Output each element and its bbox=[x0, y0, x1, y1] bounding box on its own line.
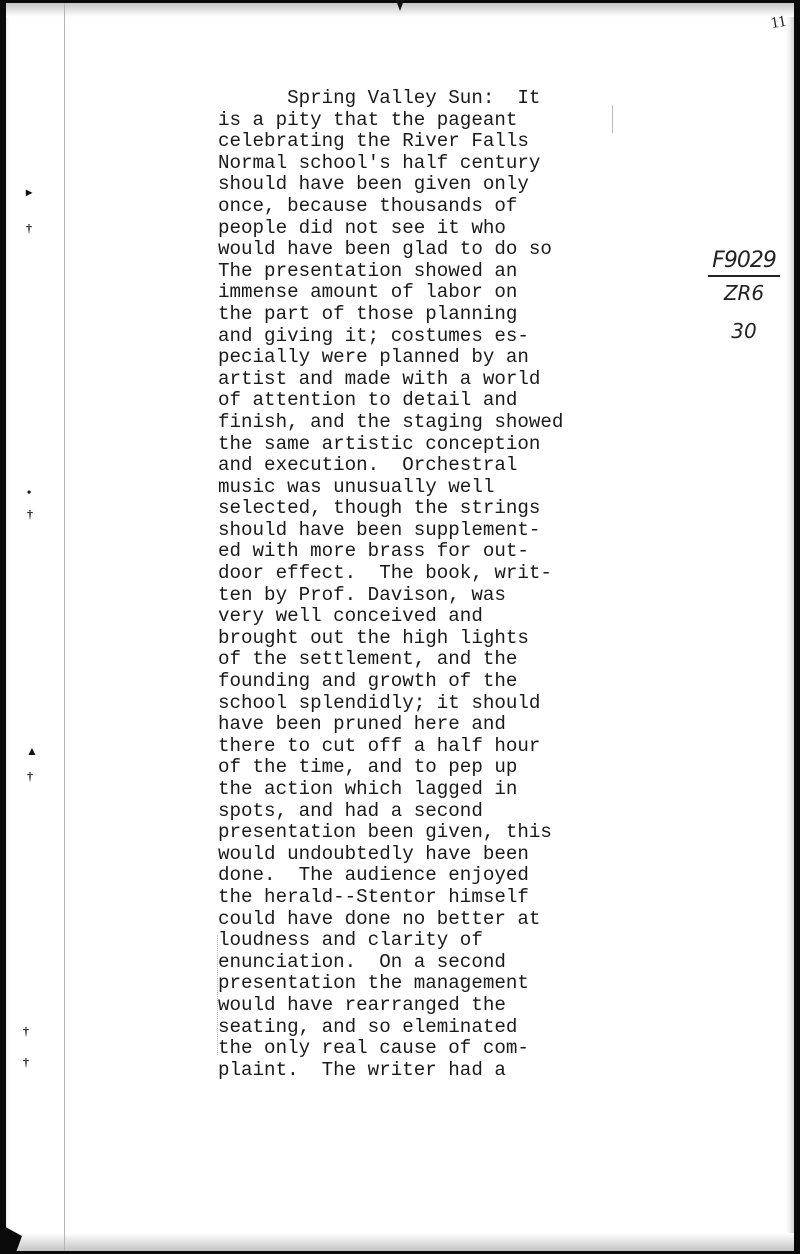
handwritten-annotation: F9029 ZR6 30 bbox=[704, 248, 784, 343]
text-line: enunciation. On a second bbox=[218, 952, 638, 974]
typewritten-body: Spring Valley Sun: Itis a pity that the … bbox=[218, 88, 638, 1081]
text-line: selected, though the strings bbox=[218, 498, 638, 520]
text-line: loudness and clarity of bbox=[218, 930, 638, 952]
text-line: should have been given only bbox=[218, 174, 638, 196]
text-line: would have been glad to do so bbox=[218, 239, 638, 261]
text-line: should have been supplement- bbox=[218, 520, 638, 542]
text-line: ed with more brass for out- bbox=[218, 541, 638, 563]
text-line: very well conceived and bbox=[218, 606, 638, 628]
text-line: the part of those planning bbox=[218, 304, 638, 326]
text-line: seating, and so eleminated bbox=[218, 1017, 638, 1039]
text-line: school splendidly; it should bbox=[218, 693, 638, 715]
text-line: spots, and had a second bbox=[218, 801, 638, 823]
text-line: Normal school's half century bbox=[218, 153, 638, 175]
page-fold-line bbox=[64, 3, 65, 1251]
annotation-underline bbox=[708, 275, 780, 277]
text-line: and giving it; costumes es- bbox=[218, 326, 638, 348]
catalog-number: F9029 bbox=[704, 248, 784, 273]
text-line: artist and made with a world bbox=[218, 369, 638, 391]
margin-mark: † bbox=[23, 1025, 29, 1037]
page-number: 30 bbox=[704, 319, 784, 343]
text-line: would have rearranged the bbox=[218, 995, 638, 1017]
text-line: and execution. Orchestral bbox=[218, 455, 638, 477]
margin-mark: † bbox=[23, 1056, 29, 1068]
text-line: The presentation showed an bbox=[218, 261, 638, 283]
text-line: of the time, and to pep up bbox=[218, 757, 638, 779]
text-line: would undoubtedly have been bbox=[218, 844, 638, 866]
text-line: done. The audience enjoyed bbox=[218, 865, 638, 887]
text-line: presentation the management bbox=[218, 973, 638, 995]
text-line: pecially were planned by an bbox=[218, 347, 638, 369]
corner-pencil-mark: 11 bbox=[769, 13, 787, 33]
text-line: music was unusually well bbox=[218, 477, 638, 499]
margin-mark: † bbox=[27, 770, 33, 782]
text-line: ten by Prof. Davison, was bbox=[218, 585, 638, 607]
text-line: could have done no better at bbox=[218, 909, 638, 931]
text-line: Spring Valley Sun: It bbox=[218, 88, 638, 110]
text-line: of attention to detail and bbox=[218, 390, 638, 412]
text-line: have been pruned here and bbox=[218, 714, 638, 736]
text-line: celebrating the River Falls bbox=[218, 131, 638, 153]
top-notch-mark bbox=[396, 0, 404, 11]
text-line: the herald--Stentor himself bbox=[218, 887, 638, 909]
text-line: of the settlement, and the bbox=[218, 649, 638, 671]
page-bottom-shadow bbox=[6, 1233, 794, 1251]
text-line: the action which lagged in bbox=[218, 779, 638, 801]
text-line: once, because thousands of bbox=[218, 196, 638, 218]
margin-mark: • bbox=[27, 486, 31, 498]
margin-mark: ▲ bbox=[26, 745, 38, 757]
margin-mark: ▸ bbox=[26, 186, 32, 198]
text-line: finish, and the staging showed bbox=[218, 412, 638, 434]
text-line: plaint. The writer had a bbox=[218, 1060, 638, 1082]
text-line: there to cut off a half hour bbox=[218, 736, 638, 758]
text-line: presentation been given, this bbox=[218, 822, 638, 844]
text-line: people did not see it who bbox=[218, 218, 638, 240]
margin-mark: † bbox=[26, 222, 32, 234]
margin-mark: † bbox=[27, 508, 33, 520]
text-line: the same artistic conception bbox=[218, 434, 638, 456]
text-line: brought out the high lights bbox=[218, 628, 638, 650]
text-line: door effect. The book, writ- bbox=[218, 563, 638, 585]
catalog-code: ZR6 bbox=[704, 281, 784, 305]
text-line: immense amount of labor on bbox=[218, 282, 638, 304]
text-line: founding and growth of the bbox=[218, 671, 638, 693]
text-line: the only real cause of com- bbox=[218, 1038, 638, 1060]
text-line: is a pity that the pageant bbox=[218, 110, 638, 132]
